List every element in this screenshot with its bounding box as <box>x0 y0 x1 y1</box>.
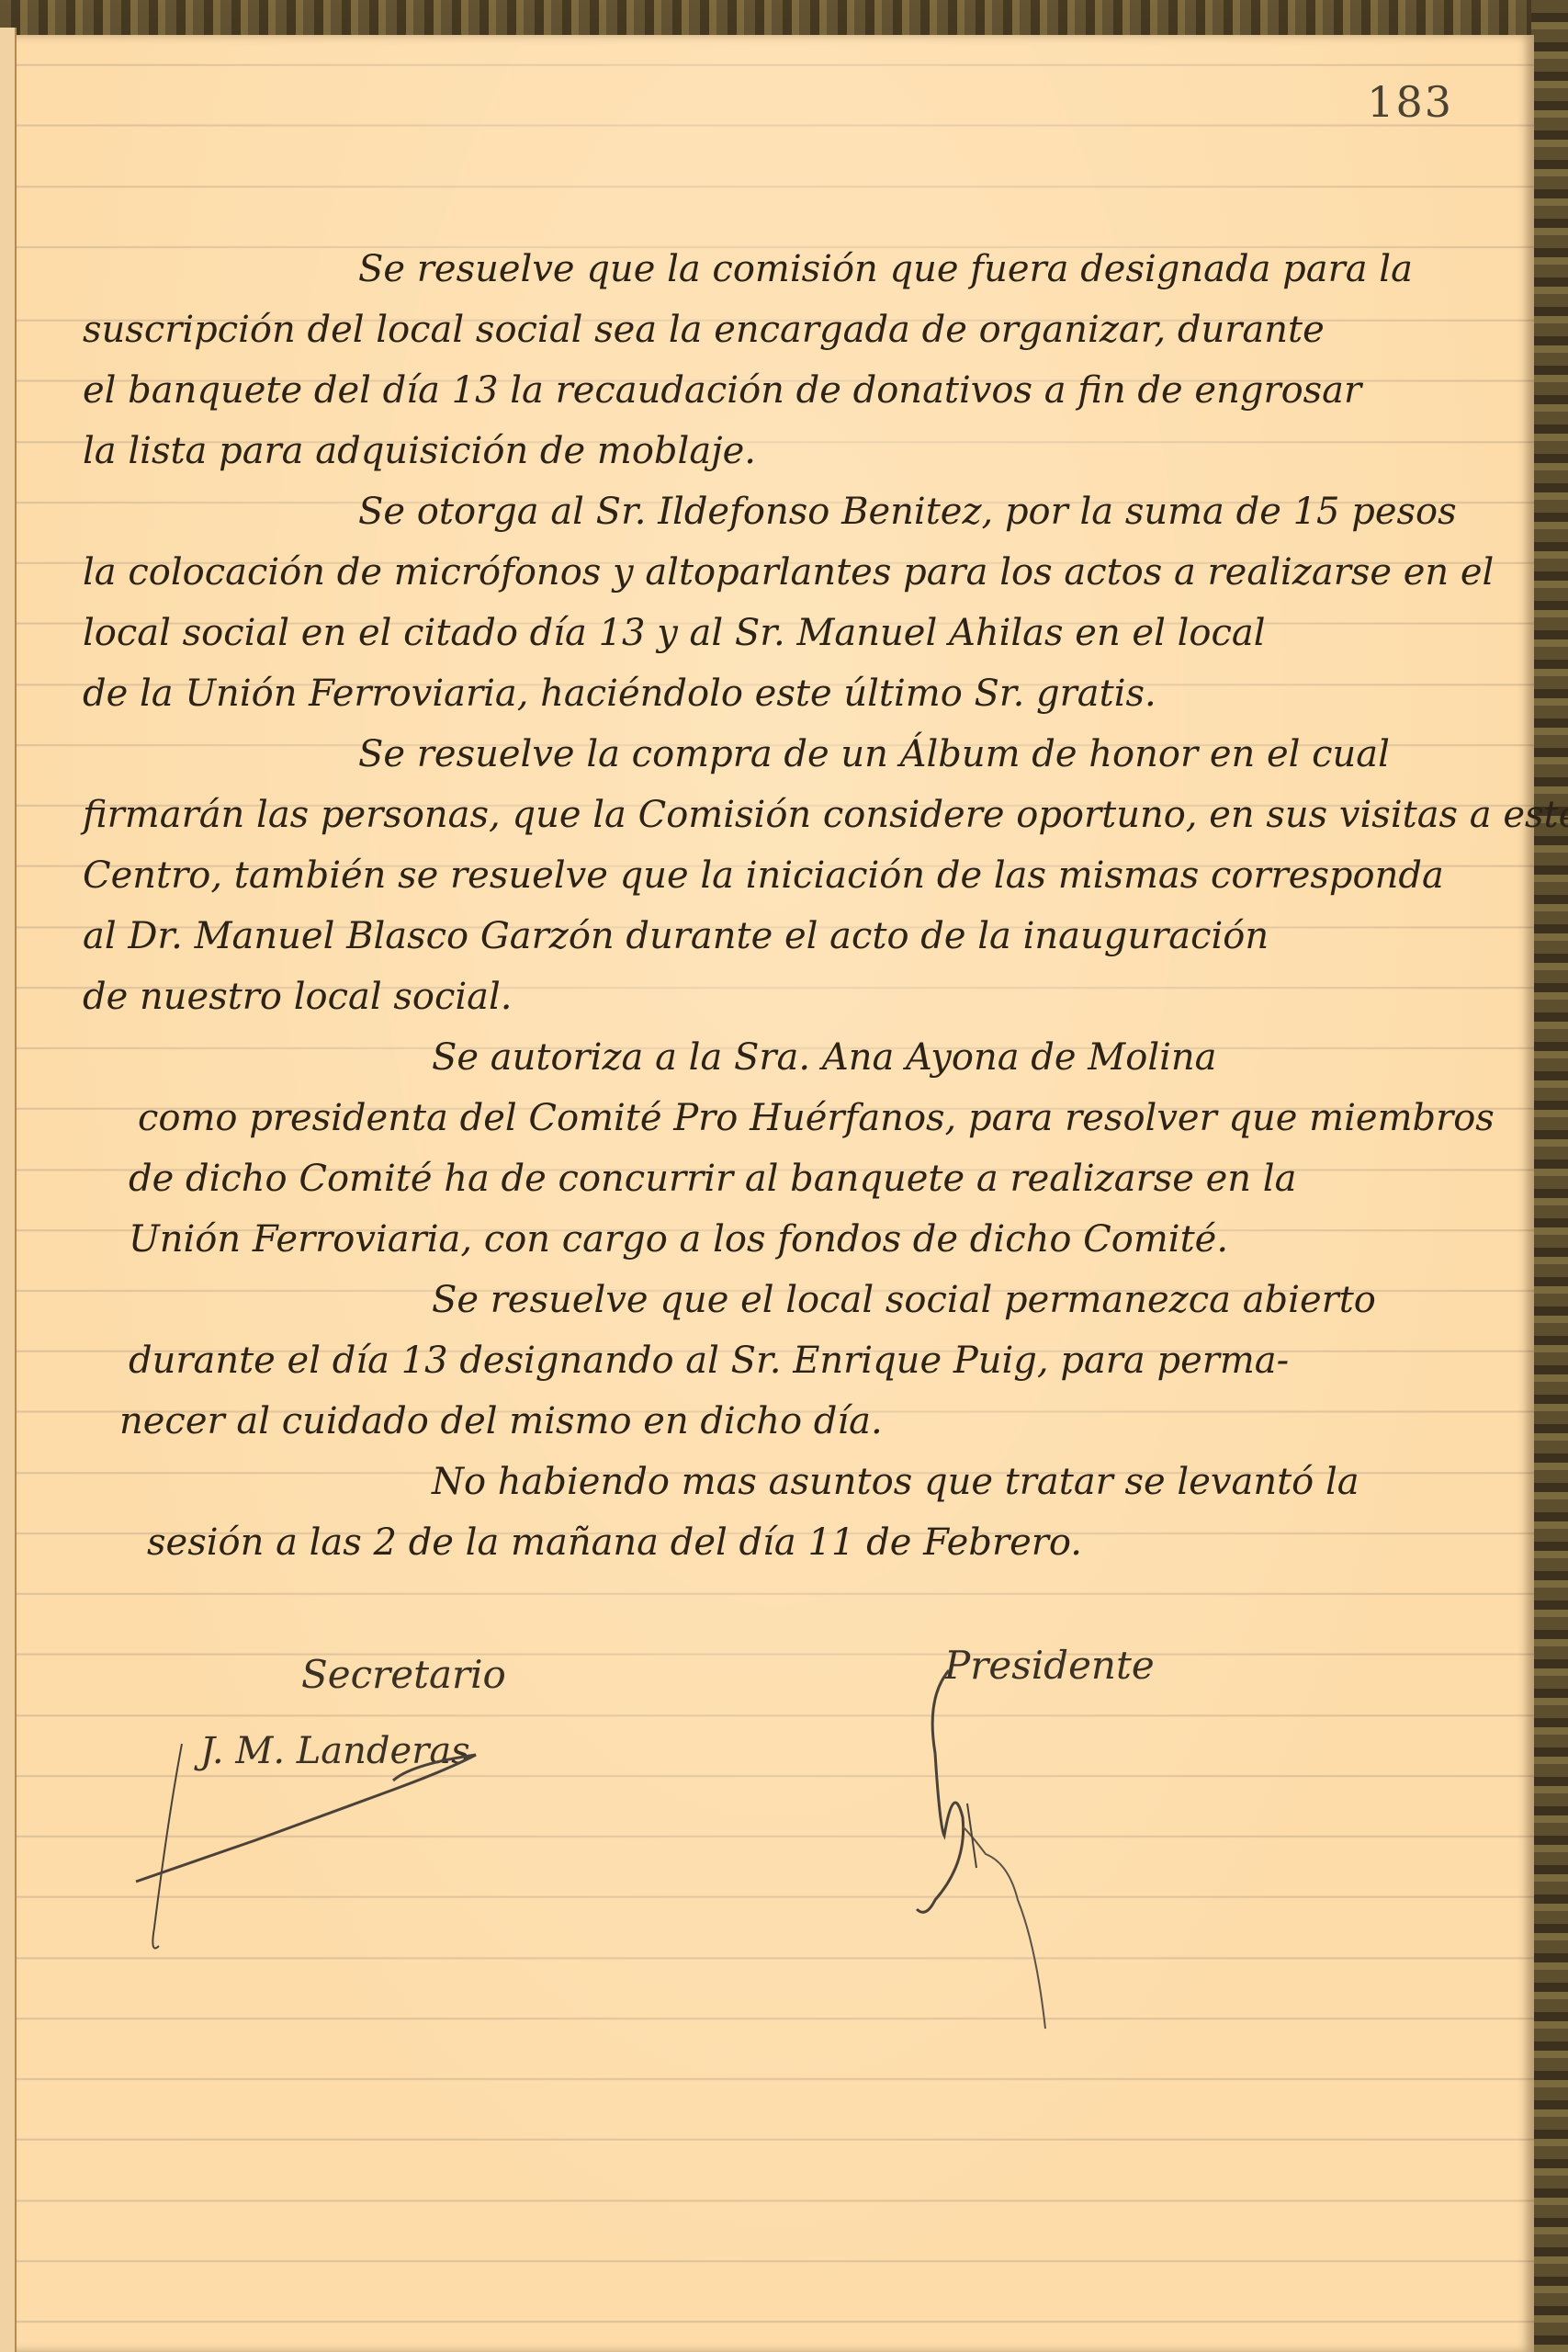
text-line: como presidenta del Comité Pro Huérfanos… <box>83 1088 1516 1148</box>
text-line: Se autoriza a la Sra. Ana Ayona de Molin… <box>83 1027 1516 1088</box>
paragraph-session-closing: No habiendo mas asuntos que tratar se le… <box>83 1452 1516 1573</box>
text-line: durante el día 13 designando al Sr. Enri… <box>83 1330 1516 1391</box>
book-binding-right <box>1531 0 1568 2352</box>
secretary-signature-flourish <box>118 1652 669 1964</box>
paragraph-commission-donations: Se resuelve que la comisión que fuera de… <box>83 239 1516 481</box>
secretary-signature-block: Secretario J. M. Landeras <box>118 1652 632 1772</box>
text-line: Se resuelve que la comisión que fuera de… <box>83 239 1516 300</box>
page-number: 183 <box>1367 77 1453 127</box>
paragraph-local-open: Se resuelve que el local social permanez… <box>83 1270 1516 1452</box>
document-scan: 183 Se resuelve que la comisión que fuer… <box>0 0 1568 2352</box>
book-binding-top <box>0 0 1568 35</box>
paragraph-honor-album: Se resuelve la compra de un Álbum de hon… <box>83 724 1516 1027</box>
text-line: local social en el citado día 13 y al Sr… <box>83 603 1516 663</box>
text-line: de dicho Comité ha de concurrir al banqu… <box>83 1148 1516 1209</box>
paragraph-microphones: Se otorga al Sr. Ildefonso Benitez, por … <box>83 481 1516 724</box>
president-signature-block: Presidente <box>825 1643 1339 1688</box>
text-line: firmarán las personas, que la Comisión c… <box>83 785 1516 845</box>
text-line: de la Unión Ferroviaria, haciéndolo este… <box>83 663 1516 724</box>
text-line: sesión a las 2 de la mañana del día 11 d… <box>83 1512 1516 1573</box>
text-line: Unión Ferroviaria, con cargo a los fondo… <box>83 1209 1516 1270</box>
text-line: el banquete del día 13 la recaudación de… <box>83 360 1516 421</box>
text-line: al Dr. Manuel Blasco Garzón durante el a… <box>83 906 1516 967</box>
previous-page-edge <box>0 28 17 2352</box>
text-line: Se resuelve que el local social permanez… <box>83 1270 1516 1330</box>
text-line: Se otorga al Sr. Ildefonso Benitez, por … <box>83 481 1516 542</box>
president-signature-scrawl <box>825 1643 1376 2010</box>
text-line: Centro, también se resuelve que la inici… <box>83 845 1516 906</box>
text-line: necer al cuidado del mismo en dicho día. <box>83 1391 1516 1452</box>
minutes-body: Se resuelve que la comisión que fuera de… <box>83 239 1516 1573</box>
ledger-page: 183 Se resuelve que la comisión que fuer… <box>17 35 1534 2352</box>
signature-area: Secretario J. M. Landeras Presidente <box>17 1652 1534 1946</box>
paragraph-orphans-committee: Se autoriza a la Sra. Ana Ayona de Molin… <box>83 1027 1516 1270</box>
text-line: la colocación de micrófonos y altoparlan… <box>83 542 1516 603</box>
text-line: Se resuelve la compra de un Álbum de hon… <box>83 724 1516 785</box>
text-line: de nuestro local social. <box>83 967 1516 1027</box>
text-line: suscripción del local social sea la enca… <box>83 300 1516 360</box>
text-line: la lista para adquisición de moblaje. <box>83 421 1516 481</box>
text-line: No habiendo mas asuntos que tratar se le… <box>83 1452 1516 1512</box>
